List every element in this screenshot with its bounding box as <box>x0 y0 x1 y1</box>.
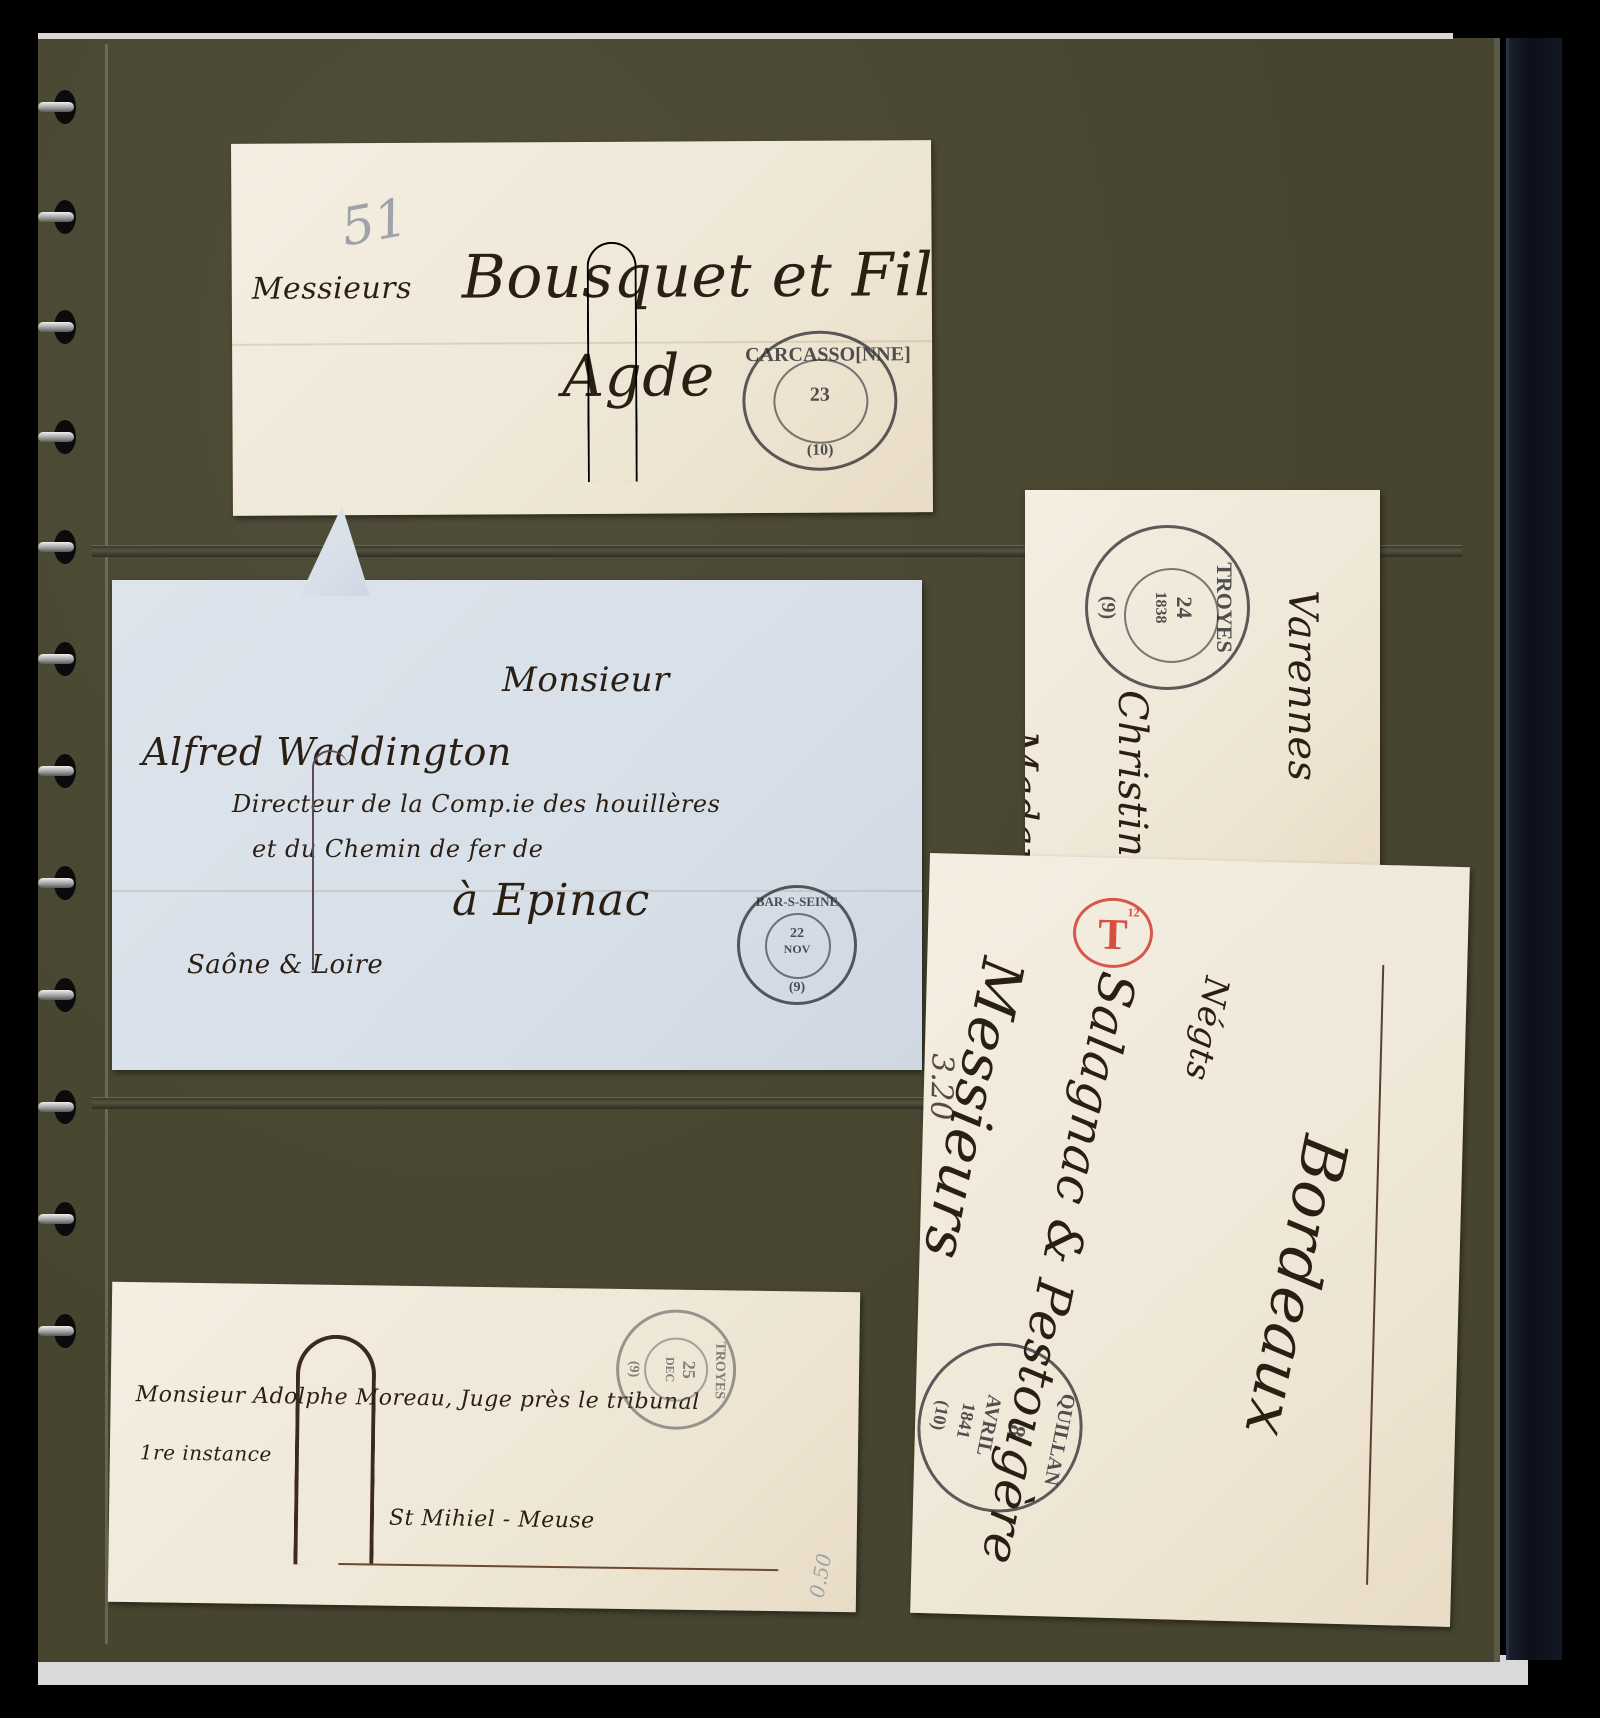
binder-ring <box>38 96 78 118</box>
address-line2: 1re instance <box>140 1440 272 1466</box>
address-town: Varennes <box>1279 590 1325 782</box>
letter-moreau-st-mihiel[interactable]: Monsieur Adolphe Moreau, Juge près le tr… <box>108 1282 860 1612</box>
album-cover-leather <box>1506 38 1562 1660</box>
letter-quillan-bordeaux[interactable]: T 12 3.20 Messieurs Salagnac & Pestougèr… <box>910 853 1470 1627</box>
binder-ring <box>38 1096 78 1118</box>
binder-ring <box>38 872 78 894</box>
address-town: Agde <box>562 341 715 410</box>
postmark-troyes-1838: TROYES 24 1838 (9) <box>1085 525 1250 690</box>
tax-mark-stroke <box>312 750 348 970</box>
binder-ring <box>38 426 78 448</box>
pencil-note: 51 <box>337 188 413 259</box>
address-town: Bordeaux <box>1230 1130 1362 1443</box>
address-name: Bousquet et Fils <box>462 240 933 313</box>
address-name: Monsieur Adolphe Moreau, Juge près le tr… <box>136 1382 700 1415</box>
pocket-margin-line <box>105 44 108 1644</box>
address-town: St Mihiel - Meuse <box>389 1506 595 1534</box>
binder-ring <box>38 760 78 782</box>
binder-ring <box>38 536 78 558</box>
address-prefix: Messieurs <box>252 271 412 307</box>
red-tax-mark: T 12 <box>1072 897 1154 969</box>
binder-ring <box>38 984 78 1006</box>
postmark-carcassonne: CARCASSO[NNE] 23 (10) <box>742 330 898 471</box>
postmark-quillan-1841: QUILLAN 8 AVRIL 1841 (10) <box>910 1328 1098 1527</box>
address-line-title: Directeur de la Comp.ie des houillères <box>232 790 720 818</box>
postmark-bar-sur-seine: BAR-S-SEINE 22 NOV (9) <box>737 885 857 1005</box>
letter-troyes-varennes[interactable]: TROYES 24 1838 (9) Madame Christine née … <box>1025 490 1380 890</box>
binder-ring <box>38 316 78 338</box>
letter-bousquet-agde[interactable]: 51 Messieurs Bousquet et Fils Agde CARCA… <box>231 140 933 516</box>
binder-ring <box>38 1208 78 1230</box>
page-top-edge <box>38 33 1453 39</box>
address-line-company: et du Chemin de fer de <box>252 835 543 863</box>
tax-mark-stroke <box>293 1334 376 1565</box>
pencil-note: 0.50 <box>805 1552 837 1600</box>
address-region: Saône & Loire <box>187 950 383 980</box>
postmark-troyes-dec: TROYES 25 DEC (9) <box>615 1309 737 1431</box>
salutation: Monsieur <box>502 660 670 700</box>
letter-waddington-epinac[interactable]: Monsieur Alfred Waddington Directeur de … <box>112 580 922 1070</box>
binder-ring <box>38 206 78 228</box>
address-town: à Epinac <box>452 875 650 926</box>
underline-stroke <box>338 1563 778 1571</box>
underline-stroke <box>1366 965 1384 1585</box>
tax-mark-stroke <box>587 242 638 482</box>
address-title: Négts <box>1177 973 1237 1084</box>
binder-ring <box>38 648 78 670</box>
binder-ring <box>38 1320 78 1342</box>
